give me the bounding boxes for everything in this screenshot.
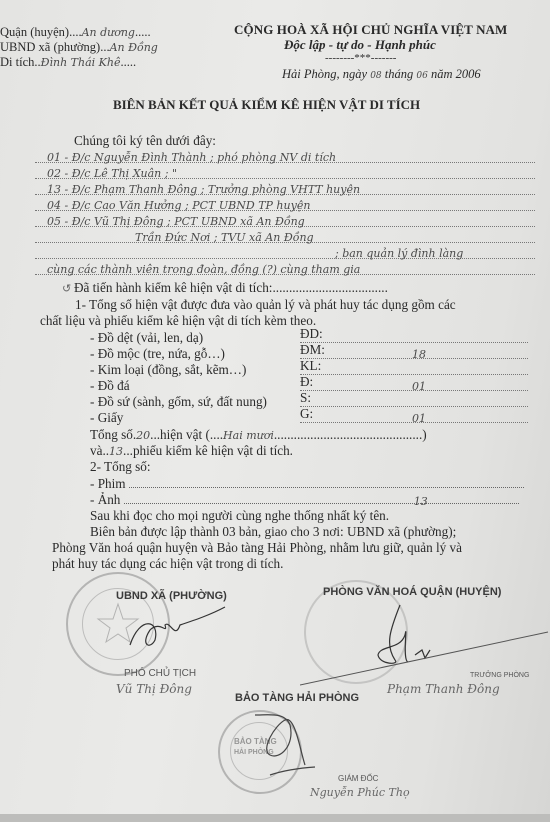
- museum-signer-name: Nguyễn Phúc Thọ: [310, 786, 410, 799]
- date-month-label: tháng: [385, 67, 413, 81]
- relic-value: Đình Thái Khê: [41, 56, 121, 69]
- total-close: ): [422, 427, 426, 442]
- material-count-field: G:01: [300, 406, 528, 423]
- commune-value: An Đồng: [110, 41, 158, 54]
- signatory-line: cùng các thành viên trong đoàn, đồng (?)…: [35, 260, 535, 275]
- item1-line2: chất liệu và phiếu kiểm kê hiện vật di t…: [40, 313, 316, 329]
- material-code: KL:: [300, 358, 321, 373]
- commune-signer-name: Vũ Thị Đông: [116, 682, 192, 696]
- district-label: Quận (huyện): [0, 25, 69, 39]
- material-code: ĐM:: [300, 342, 325, 357]
- total-line: Tổng số.20...hiện vật (....Hai mươi.....…: [90, 427, 535, 443]
- signatory-line: 01 - Đ/c Nguyễn Đình Thành ; phó phòng N…: [35, 148, 535, 163]
- signatory-text: cùng các thành viên trong đoàn, đồng (?)…: [35, 263, 360, 276]
- district-line: Quận (huyện)....An dương.....: [0, 25, 151, 40]
- photo-line: - Ảnh 13: [90, 492, 535, 508]
- district-value: An dương: [82, 26, 135, 39]
- document-page: Quận (huyện)....An dương..... UBND xã (p…: [0, 0, 550, 822]
- material-code: Đ:: [300, 374, 313, 389]
- commune-role: PHÓ CHỦ TỊCH: [124, 668, 196, 679]
- culture-office-role: TRƯỞNG PHÒNG: [470, 672, 529, 679]
- material-code: S:: [300, 390, 311, 405]
- commune-line: UBND xã (phường)...An Đồng: [0, 40, 158, 55]
- signatory-text: 13 - Đ/c Phạm Thanh Đông ; Trưởng phòng …: [35, 183, 360, 196]
- material-label: - Đồ sứ (sành, gốm, sứ, đất nung): [90, 394, 267, 410]
- total-label: Tổng số: [90, 427, 133, 442]
- material-code: ĐD:: [300, 326, 323, 341]
- signature-stroke-icon: [300, 630, 550, 690]
- national-title: CỘNG HOÀ XÃ HỘI CHỦ NGHĨA VIỆT NAM: [234, 22, 507, 38]
- material-count-field: Đ:01: [300, 374, 528, 391]
- photo-label: - Ảnh: [90, 492, 120, 507]
- material-count-field: S:: [300, 390, 528, 407]
- item1-line1: 1- Tổng số hiện vật được đưa vào quản lý…: [75, 297, 456, 313]
- commune-org: UBND XÃ (PHƯỜNG): [116, 590, 227, 602]
- signatory-line: 04 - Đ/c Cao Văn Hưởng ; PCT UBND TP huy…: [35, 196, 535, 211]
- date-year: năm 2006: [431, 67, 481, 81]
- museum-org: BẢO TÀNG HẢI PHÒNG: [235, 692, 359, 704]
- inventory-intro-text: Đã tiến hành kiểm kê hiện vật di tích:: [74, 280, 273, 295]
- culture-office-org: PHÒNG VĂN HOÁ QUẬN (HUYỆN): [323, 586, 501, 598]
- item2: 2- Tổng số:: [90, 459, 151, 475]
- signatory-line: 13 - Đ/c Phạm Thanh Đông ; Trưởng phòng …: [35, 180, 535, 195]
- signatory-line: Trần Đức Nơi ; TVU xã An Đồng: [35, 228, 535, 243]
- relic-label: Di tích: [0, 55, 34, 69]
- material-value: 01: [412, 412, 426, 425]
- separator: --------***-------: [325, 52, 396, 64]
- culture-office-signer-name: Phạm Thanh Đông: [387, 682, 500, 696]
- signatory-line: 05 - Đ/c Vũ Thị Đông ; PCT UBND xã An Đồ…: [35, 212, 535, 227]
- material-count-field: ĐM:18: [300, 342, 528, 359]
- photo-value: 13: [414, 495, 428, 508]
- date-line: Hải Phòng, ngày 08 tháng 06 năm 2006: [282, 67, 481, 82]
- material-code: G:: [300, 406, 313, 421]
- cards-prefix: và: [90, 443, 102, 458]
- film-label: - Phim: [90, 476, 126, 491]
- signatories-intro: Chúng tôi ký tên dưới đây:: [74, 133, 216, 149]
- cards-line: và..13...phiếu kiểm kê hiện vật di tích.: [90, 443, 293, 459]
- date-prefix: Hải Phòng, ngày: [282, 67, 367, 81]
- relic-line: Di tích..Đình Thái Khê.....: [0, 55, 136, 70]
- signatory-line: ; ban quản lý đình làng: [35, 244, 535, 259]
- material-count-field: ĐD:: [300, 326, 528, 343]
- commune-label: UBND xã (phường): [0, 40, 100, 54]
- material-label: - Đồ đá: [90, 378, 130, 394]
- material-label: - Giấy: [90, 410, 123, 426]
- signatory-text: 01 - Đ/c Nguyễn Đình Thành ; phó phòng N…: [35, 151, 336, 164]
- signatory-text: ; ban quản lý đình làng: [35, 247, 463, 260]
- material-label: - Kim loại (đồng, sắt, kẽm…): [90, 362, 246, 378]
- material-label: - Đồ mộc (tre, nứa, gỗ…): [90, 346, 225, 362]
- museum-signature-icon: [250, 710, 330, 785]
- cards-value: 13: [109, 445, 123, 458]
- document-title: BIÊN BẢN KẾT QUẢ KIỂM KÊ HIỆN VẬT DI TÍC…: [113, 97, 420, 113]
- signatory-text: 04 - Đ/c Cao Văn Hưởng ; PCT UBND TP huy…: [35, 199, 310, 212]
- national-motto: Độc lập - tự do - Hạnh phúc: [284, 37, 436, 53]
- closing-line-2: Biên bản được lập thành 03 bản, giao cho…: [90, 524, 456, 540]
- film-line: - Phim: [90, 476, 535, 492]
- closing-line-3: Phòng Văn hoá quận huyện và Bảo tàng Hải…: [52, 540, 462, 556]
- page-bottom-shadow: [0, 814, 550, 822]
- total-unit: hiện vật (: [160, 427, 210, 442]
- cards-suffix: phiếu kiểm kê hiện vật di tích.: [133, 443, 293, 458]
- total-value: 20: [136, 429, 150, 442]
- date-day: 08: [370, 71, 381, 81]
- date-month: 06: [416, 71, 427, 81]
- total-words: Hai mươi: [223, 429, 274, 442]
- signatory-text: 02 - Đ/c Lê Thị Xuân ; ": [35, 167, 177, 180]
- material-count-field: KL:: [300, 358, 528, 375]
- signatory-line: 02 - Đ/c Lê Thị Xuân ; ": [35, 164, 535, 179]
- commune-signature-icon: [120, 605, 230, 655]
- inventory-intro: ↺ Đã tiến hành kiểm kê hiện vật di tích:…: [62, 280, 388, 296]
- material-label: - Đồ dệt (vải, len, dạ): [90, 330, 203, 346]
- closing-line-1: Sau khi đọc cho mọi người cùng nghe thốn…: [90, 508, 389, 524]
- signatory-text: Trần Đức Nơi ; TVU xã An Đồng: [35, 231, 314, 244]
- signatory-text: 05 - Đ/c Vũ Thị Đông ; PCT UBND xã An Đồ…: [35, 215, 305, 228]
- museum-role: GIÁM ĐỐC: [338, 774, 378, 783]
- closing-line-4: phát huy tác dụng các hiện vật trong di …: [52, 556, 283, 572]
